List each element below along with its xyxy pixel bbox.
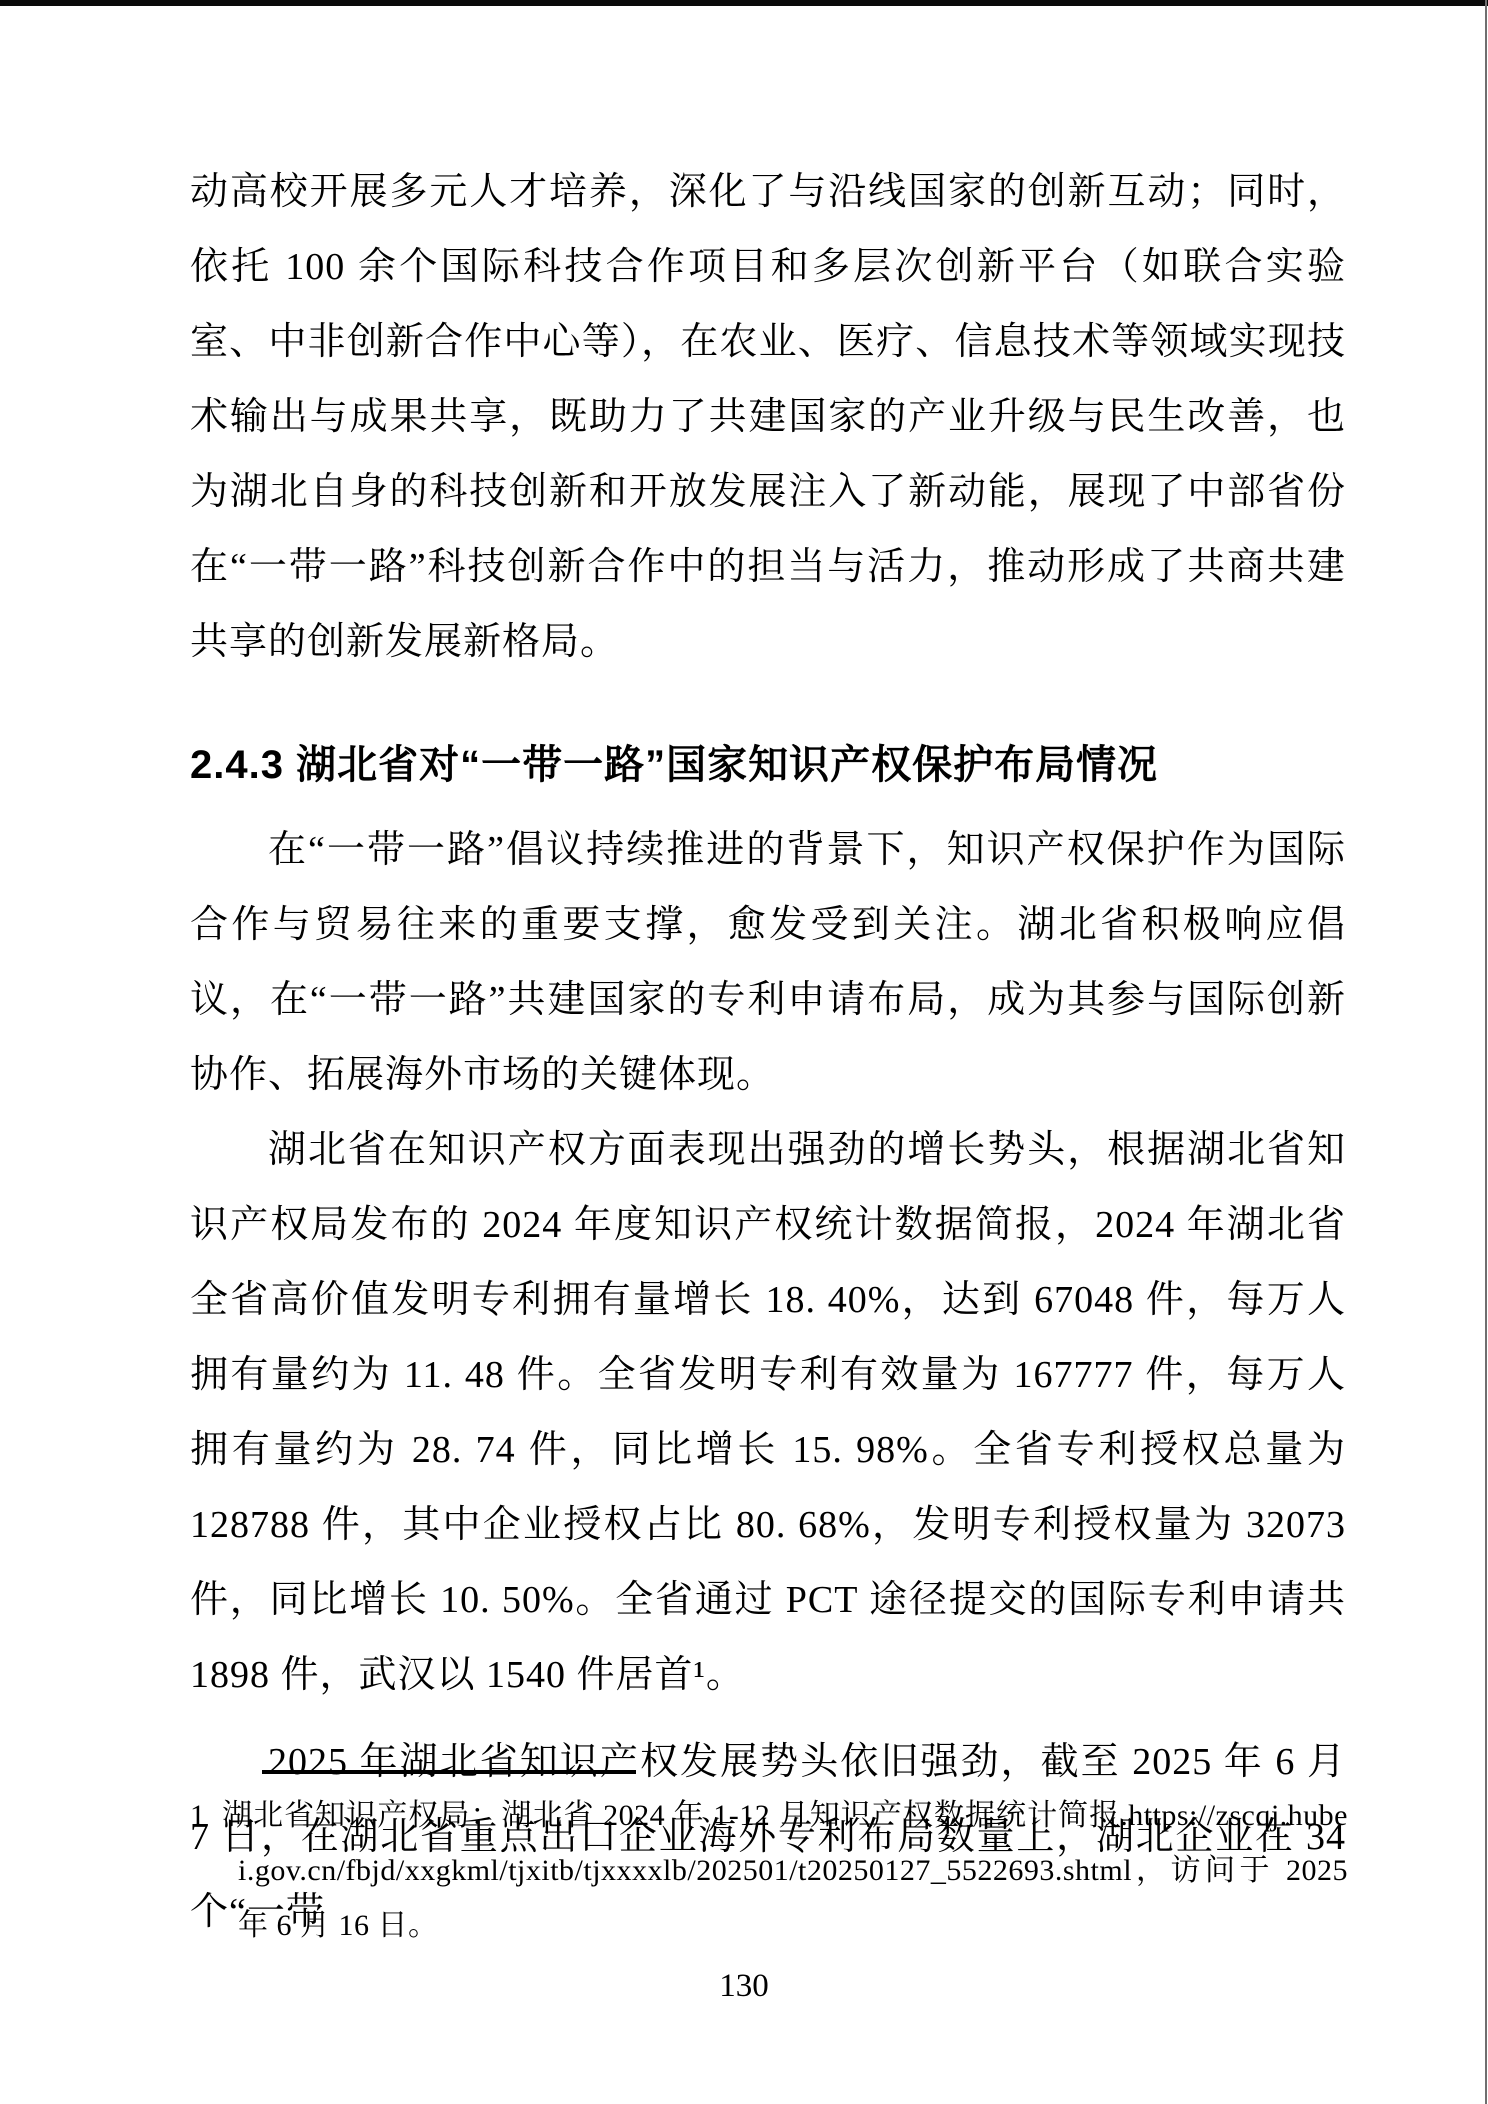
paragraph-ip-statistics-2024: 湖北省在知识产权方面表现出强劲的增长势头，根据湖北省知识产权局发布的 2024 … — [190, 1113, 1346, 1713]
scan-edge-top — [0, 0, 1488, 6]
page-body: 动高校开展多元人才培养，深化了与沿线国家的创新互动；同时，依托 100 余个国际… — [190, 155, 1346, 1950]
footnote-marker: 1 — [190, 1799, 222, 1832]
footnote-1: 1湖北省知识产权局：湖北省 2024 年 1-12 月知识产权数据统计简报.ht… — [190, 1788, 1348, 1953]
paragraph-belt-road-context: 在“一带一路”倡议持续推进的背景下，知识产权保护作为国际合作与贸易往来的重要支撑… — [190, 813, 1346, 1113]
paragraph-continuation: 动高校开展多元人才培养，深化了与沿线国家的创新互动；同时，依托 100 余个国际… — [190, 155, 1346, 680]
footnote-separator-rule — [262, 1770, 636, 1774]
footnote-area: 1湖北省知识产权局：湖北省 2024 年 1-12 月知识产权数据统计简报.ht… — [190, 1770, 1348, 1983]
scan-edge-right — [1485, 0, 1487, 2104]
document-page: 动高校开展多元人才培养，深化了与沿线国家的创新互动；同时，依托 100 余个国际… — [0, 0, 1488, 2104]
footnote-text: 湖北省知识产权局：湖北省 2024 年 1-12 月知识产权数据统计简报.htt… — [222, 1799, 1349, 1942]
section-heading-2-4-3: 2.4.3 湖北省对“一带一路”国家知识产权保护布局情况 — [190, 728, 1346, 803]
page-number: 130 — [0, 1966, 1488, 2006]
